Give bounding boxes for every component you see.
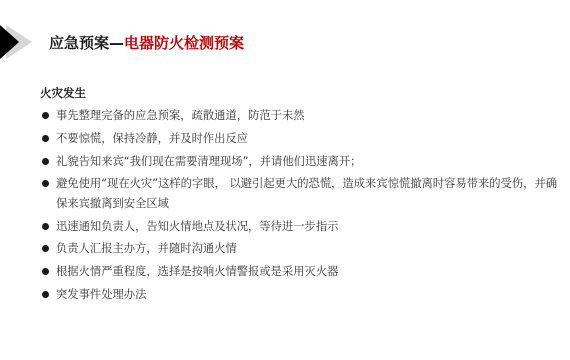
page-title-accent: 电器防火检测预案 xyxy=(124,34,244,52)
list-item-text: 迅速通知负责人，告知火情地点及状况，等待进一步指示 xyxy=(56,220,338,233)
bullet-list: 事先整理完备的应急预案，疏散通道，防范于未然 不要惊慌，保持冷静，并及时作出反应… xyxy=(40,106,560,308)
list-item-text: 突发事件处理办法 xyxy=(56,288,146,301)
bullet-icon xyxy=(42,180,49,187)
list-item: 不要惊慌，保持冷静，并及时作出反应 xyxy=(40,129,560,149)
list-item-text: 事先整理完备的应急预案，疏散通道，防范于未然 xyxy=(56,109,305,122)
page-title: 应急预案—电器防火检测预案 xyxy=(49,33,244,53)
page-title-prefix: 应急预案— xyxy=(49,34,124,52)
list-item-text: 根据火情严重程度，选择是按响火情警报或是采用灭火器 xyxy=(56,265,338,278)
list-item: 突发事件处理办法 xyxy=(40,285,560,305)
list-item-text: 负责人汇报主办方，并随时沟通火情 xyxy=(56,242,237,255)
bullet-icon xyxy=(42,112,49,119)
bullet-icon xyxy=(42,135,49,142)
list-item: 避免使用“现在火灾”这样的字眼， 以避引起更大的恐慌，造成来宾惊慌撤离时容易带来… xyxy=(40,174,560,213)
list-item: 事先整理完备的应急预案，疏散通道，防范于未然 xyxy=(40,106,560,126)
bullet-icon xyxy=(42,291,49,298)
bullet-icon xyxy=(42,223,49,230)
list-item: 负责人汇报主办方，并随时沟通火情 xyxy=(40,239,560,259)
list-item: 礼貌告知来宾“我们现在需要清理现场”，并请他们迅速离开； xyxy=(40,152,560,172)
list-item: 迅速通知负责人，告知火情地点及状况，等待进一步指示 xyxy=(40,217,560,237)
list-item-text: 避免使用“现在火灾”这样的字眼， 以避引起更大的恐慌，造成来宾惊慌撤离时容易带来… xyxy=(56,177,557,210)
bullet-icon xyxy=(42,268,49,275)
list-item-text: 不要惊慌，保持冷静，并及时作出反应 xyxy=(56,132,248,145)
list-item-text: 礼貌告知来宾“我们现在需要清理现场”，并请他们迅速离开； xyxy=(56,155,361,168)
header-arrow-icon xyxy=(0,25,19,59)
bullet-icon xyxy=(42,158,49,165)
list-item: 根据火情严重程度，选择是按响火情警报或是采用灭火器 xyxy=(40,262,560,282)
bullet-icon xyxy=(42,245,49,252)
section-heading: 火灾发生 xyxy=(40,85,86,101)
